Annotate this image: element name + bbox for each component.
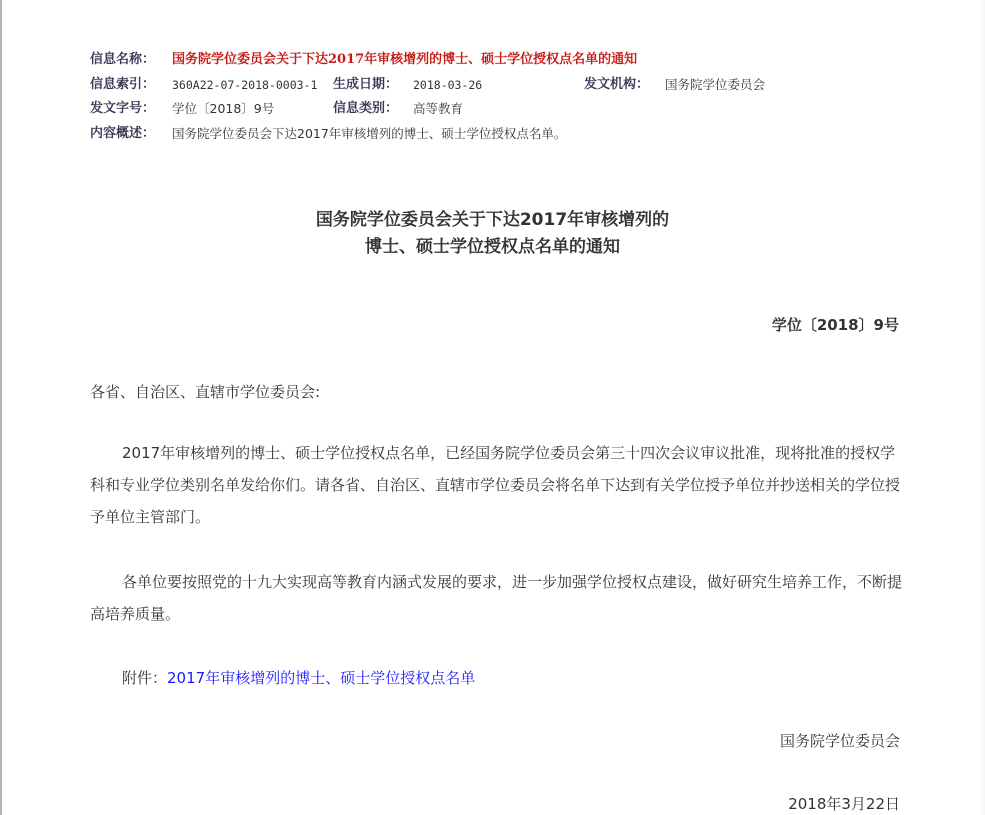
signature: 国务院学位委员会 [780,730,900,751]
document-number: 学位〔2018〕9号 [772,314,899,335]
body-paragraph-1: 2017年审核增列的博士、硕士学位授权点名单，已经国务院学位委员会第三十四次会议… [90,437,902,533]
attachment-label: 附件： [122,669,167,687]
issuer-label: 发文机构： [584,73,649,98]
body-paragraph-2: 各单位要按照党的十九大实现高等教育内涵式发展的要求，进一步加强学位授权点建设，做… [90,566,902,630]
info-index-value: 360A22-07-2018-0003-1 [172,73,317,98]
generated-date-label: 生成日期： [333,73,398,98]
generated-date-value: 2018-03-26 [413,73,482,98]
info-name-value: 国务院学位委员会关于下达2017年审核增列的博士、硕士学位授权点名单的通知 [172,48,637,73]
summary-label: 内容概述： [90,122,155,147]
doc-number-value: 学位〔2018〕9号 [172,97,274,122]
info-name-label: 信息名称： [90,48,155,73]
issuer-value: 国务院学位委员会 [665,73,765,98]
attachment-link[interactable]: 2017年审核增列的博士、硕士学位授权点名单 [167,669,475,687]
document-title-line-1: 国务院学位委员会关于下达2017年审核增列的 [0,207,985,234]
right-edge-shade [980,0,985,815]
left-border [0,0,2,815]
info-category-label: 信息类别： [333,97,398,122]
signing-date: 2018年3月22日 [788,793,900,814]
doc-number-label: 发文字号： [90,97,155,122]
attachment-line: 附件：2017年审核增列的博士、硕士学位授权点名单 [90,662,902,694]
info-category-value: 高等教育 [413,97,463,122]
salutation: 各省、自治区、直辖市学位委员会: [90,376,902,408]
document-title: 国务院学位委员会关于下达2017年审核增列的 博士、硕士学位授权点名单的通知 [0,207,985,261]
summary-value: 国务院学位委员会下达2017年审核增列的博士、硕士学位授权点名单。 [172,122,566,147]
document-title-line-2: 博士、硕士学位授权点名单的通知 [0,234,985,261]
info-index-label: 信息索引： [90,73,155,98]
